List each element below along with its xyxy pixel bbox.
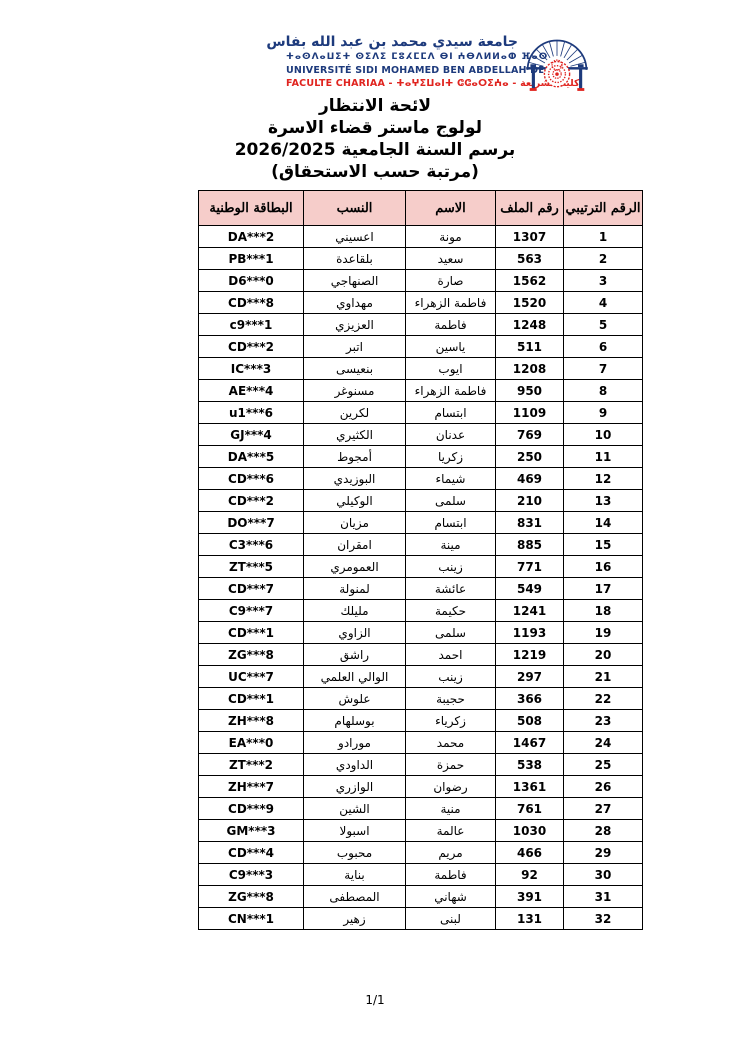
cell-name: شهاني (406, 886, 496, 908)
table-row: 32131لبنىزهيرCN***1 (199, 908, 643, 930)
table-row: 13210سلمىالوكيليCD***2 (199, 490, 643, 512)
table-body: 11307مونةاعسينيDA***22563سعيدبلقاعدةPB**… (199, 226, 643, 930)
cell-surname: مزيان (304, 512, 406, 534)
university-logo-icon (522, 33, 592, 97)
cell-rank: 29 (564, 842, 643, 864)
cell-rank: 8 (564, 380, 643, 402)
table-row: 41520فاطمة الزهراءمهداويCD***8 (199, 292, 643, 314)
cell-surname: اسبولا (304, 820, 406, 842)
cell-surname: امقران (304, 534, 406, 556)
title-line-2: لولوج ماستر قضاء الاسرة (0, 117, 750, 139)
cell-file: 1109 (496, 402, 564, 424)
cell-surname: لكرين (304, 402, 406, 424)
cell-file: 508 (496, 710, 564, 732)
cell-card: CD***6 (199, 468, 304, 490)
cell-name: زكريا (406, 446, 496, 468)
cell-surname: مسنوغر (304, 380, 406, 402)
cell-file: 1562 (496, 270, 564, 292)
cell-card: CD***1 (199, 688, 304, 710)
cell-rank: 14 (564, 512, 643, 534)
cell-name: فاطمة (406, 314, 496, 336)
cell-rank: 27 (564, 798, 643, 820)
cell-name: منية (406, 798, 496, 820)
cell-name: ياسين (406, 336, 496, 358)
cell-name: سلمى (406, 490, 496, 512)
column-header-surname: النسب (304, 191, 406, 226)
cell-file: 1248 (496, 314, 564, 336)
cell-file: 131 (496, 908, 564, 930)
cell-card: CD***1 (199, 622, 304, 644)
cell-card: AE***4 (199, 380, 304, 402)
cell-file: 250 (496, 446, 564, 468)
table-row: 25538حمزةالداوديZT***2 (199, 754, 643, 776)
cell-card: CD***4 (199, 842, 304, 864)
cell-card: D6***0 (199, 270, 304, 292)
cell-rank: 4 (564, 292, 643, 314)
column-header-national-id: البطاقة الوطنية (199, 191, 304, 226)
university-header: جامعة سيدي محمد بن عبد الله بفاس ⵜⴰⵙⴷⴰⵡⵉ… (286, 33, 592, 97)
cell-card: C3***6 (199, 534, 304, 556)
table-row: 261361رضوانالوازريZH***7 (199, 776, 643, 798)
cell-rank: 1 (564, 226, 643, 248)
cell-surname: الشين (304, 798, 406, 820)
cell-file: 1467 (496, 732, 564, 754)
cell-name: حمزة (406, 754, 496, 776)
cell-card: ZG***8 (199, 644, 304, 666)
cell-name: ابتسام (406, 512, 496, 534)
table-row: 16771زينبالعمومريZT***5 (199, 556, 643, 578)
cell-surname: اتبر (304, 336, 406, 358)
cell-file: 761 (496, 798, 564, 820)
university-header-text: جامعة سيدي محمد بن عبد الله بفاس ⵜⴰⵙⴷⴰⵡⵉ… (286, 33, 518, 91)
cell-rank: 7 (564, 358, 643, 380)
university-name-tifinagh: ⵜⴰⵙⴷⴰⵡⵉⵜ ⵙⵉⴷⵉ ⵎⵓⵃⵎⵎⴷ ⴱⵏ ⵄⴱⴷⵍⵍⴰⵀ ⴼⴰⵙ (286, 51, 518, 64)
cell-name: زينب (406, 556, 496, 578)
cell-surname: البوزيدي (304, 468, 406, 490)
cell-card: PB***1 (199, 248, 304, 270)
cell-card: DA***2 (199, 226, 304, 248)
cell-card: DA***5 (199, 446, 304, 468)
cell-name: مونة (406, 226, 496, 248)
cell-card: CD***2 (199, 336, 304, 358)
cell-surname: علوش (304, 688, 406, 710)
cell-card: CD***7 (199, 578, 304, 600)
cell-rank: 10 (564, 424, 643, 446)
cell-card: GM***3 (199, 820, 304, 842)
cell-card: ZH***8 (199, 710, 304, 732)
title-line-1: لائحة الانتظار (0, 95, 750, 117)
table-row: 281030عالمةاسبولاGM***3 (199, 820, 643, 842)
cell-card: ZH***7 (199, 776, 304, 798)
cell-surname: الوكيلي (304, 490, 406, 512)
table-row: 12469شيماءالبوزيديCD***6 (199, 468, 643, 490)
cell-surname: الصنهاجي (304, 270, 406, 292)
table-row: 15885مينةامقرانC3***6 (199, 534, 643, 556)
university-name-arabic: جامعة سيدي محمد بن عبد الله بفاس (286, 33, 518, 51)
cell-card: UC***7 (199, 666, 304, 688)
page-number: 1/1 (0, 993, 750, 1007)
cell-surname: الداودي (304, 754, 406, 776)
cell-surname: اعسيني (304, 226, 406, 248)
table-row: 27761منيةالشينCD***9 (199, 798, 643, 820)
cell-file: 297 (496, 666, 564, 688)
cell-file: 950 (496, 380, 564, 402)
cell-card: ZT***5 (199, 556, 304, 578)
cell-name: ابتسام (406, 402, 496, 424)
cell-name: عائشة (406, 578, 496, 600)
faculty-name-tifinagh: ⵜⴰⵖⵉⵡⴰⵏⵜ ⵛⵛⴰⵔⵉⵄⴰ - (396, 78, 516, 89)
cell-file: 1361 (496, 776, 564, 798)
cell-rank: 20 (564, 644, 643, 666)
table-row: 14831ابتساممزيانDO***7 (199, 512, 643, 534)
cell-name: مريم (406, 842, 496, 864)
title-line-4: (مرتبة حسب الاستحقاق) (0, 161, 750, 183)
cell-card: C9***3 (199, 864, 304, 886)
cell-card: u1***6 (199, 402, 304, 424)
cell-card: EA***0 (199, 732, 304, 754)
cell-rank: 25 (564, 754, 643, 776)
cell-name: حجيبة (406, 688, 496, 710)
cell-file: 466 (496, 842, 564, 864)
table-row: 71208ايوببنعيسىIC***3 (199, 358, 643, 380)
cell-card: ZG***8 (199, 886, 304, 908)
table-row: 31562صارةالصنهاجيD6***0 (199, 270, 643, 292)
cell-name: احمد (406, 644, 496, 666)
cell-name: شيماء (406, 468, 496, 490)
faculty-name-latin: FACULTE CHARIAA - (286, 78, 393, 89)
table-header-row: الرقم الترتيبي رقم الملف الاسم النسب الب… (199, 191, 643, 226)
cell-name: مينة (406, 534, 496, 556)
cell-file: 563 (496, 248, 564, 270)
cell-rank: 5 (564, 314, 643, 336)
cell-file: 1219 (496, 644, 564, 666)
cell-name: عدنان (406, 424, 496, 446)
cell-surname: مليلك (304, 600, 406, 622)
cell-file: 1030 (496, 820, 564, 842)
cell-rank: 2 (564, 248, 643, 270)
cell-rank: 17 (564, 578, 643, 600)
table-header: الرقم الترتيبي رقم الملف الاسم النسب الب… (199, 191, 643, 226)
cell-card: CD***8 (199, 292, 304, 314)
cell-rank: 30 (564, 864, 643, 886)
cell-surname: راشق (304, 644, 406, 666)
cell-surname: لمنولة (304, 578, 406, 600)
table-row: 201219احمدراشقZG***8 (199, 644, 643, 666)
cell-card: c9***1 (199, 314, 304, 336)
table-row: 29466مريممحبوبCD***4 (199, 842, 643, 864)
cell-surname: مهداوي (304, 292, 406, 314)
cell-file: 92 (496, 864, 564, 886)
cell-file: 469 (496, 468, 564, 490)
cell-file: 771 (496, 556, 564, 578)
cell-name: فاطمة الزهراء (406, 292, 496, 314)
cell-surname: بلقاعدة (304, 248, 406, 270)
cell-rank: 23 (564, 710, 643, 732)
faculty-line: FACULTE CHARIAA - ⵜⴰⵖⵉⵡⴰⵏⵜ ⵛⵛⴰⵔⵉⵄⴰ - كلي… (286, 77, 518, 91)
cell-file: 831 (496, 512, 564, 534)
cell-name: صارة (406, 270, 496, 292)
table-row: 8950فاطمة الزهراءمسنوغرAE***4 (199, 380, 643, 402)
document-title: لائحة الانتظار لولوج ماستر قضاء الاسرة ب… (0, 95, 750, 183)
cell-surname: بناية (304, 864, 406, 886)
cell-file: 538 (496, 754, 564, 776)
table-row: 11250زكرياأمجوطDA***5 (199, 446, 643, 468)
cell-surname: الوازري (304, 776, 406, 798)
cell-name: محمد (406, 732, 496, 754)
cell-name: سعيد (406, 248, 496, 270)
cell-file: 885 (496, 534, 564, 556)
table-row: 17549عائشةلمنولةCD***7 (199, 578, 643, 600)
cell-rank: 32 (564, 908, 643, 930)
cell-card: GJ***4 (199, 424, 304, 446)
cell-rank: 31 (564, 886, 643, 908)
title-line-3: برسم السنة الجامعية 2026/2025 (0, 139, 750, 161)
cell-surname: الوالي العلمي (304, 666, 406, 688)
cell-name: حكيمة (406, 600, 496, 622)
cell-name: زينب (406, 666, 496, 688)
table-row: 6511ياسيناتبرCD***2 (199, 336, 643, 358)
cell-name: سلمى (406, 622, 496, 644)
cell-file: 511 (496, 336, 564, 358)
cell-name: رضوان (406, 776, 496, 798)
column-header-first-name: الاسم (406, 191, 496, 226)
cell-file: 366 (496, 688, 564, 710)
cell-name: عالمة (406, 820, 496, 842)
cell-rank: 9 (564, 402, 643, 424)
cell-file: 1193 (496, 622, 564, 644)
cell-name: لبنى (406, 908, 496, 930)
table-row: 181241حكيمةمليلكC9***7 (199, 600, 643, 622)
cell-card: CD***9 (199, 798, 304, 820)
table-row: 22366حجيبةعلوشCD***1 (199, 688, 643, 710)
document-page: جامعة سيدي محمد بن عبد الله بفاس ⵜⴰⵙⴷⴰⵡⵉ… (0, 0, 750, 1061)
cell-file: 391 (496, 886, 564, 908)
cell-rank: 12 (564, 468, 643, 490)
cell-surname: أمجوط (304, 446, 406, 468)
table-row: 51248فاطمةالعزيزيc9***1 (199, 314, 643, 336)
table-row: 21297زينبالوالي العلميUC***7 (199, 666, 643, 688)
cell-rank: 18 (564, 600, 643, 622)
column-header-rank: الرقم الترتيبي (564, 191, 643, 226)
table-row: 191193سلمىالزاويCD***1 (199, 622, 643, 644)
column-header-file-number: رقم الملف (496, 191, 564, 226)
table-row: 31391شهانيالمصطفىZG***8 (199, 886, 643, 908)
cell-surname: الزاوي (304, 622, 406, 644)
cell-card: IC***3 (199, 358, 304, 380)
table-row: 11307مونةاعسينيDA***2 (199, 226, 643, 248)
cell-card: ZT***2 (199, 754, 304, 776)
cell-name: زكرياء (406, 710, 496, 732)
cell-file: 1520 (496, 292, 564, 314)
cell-rank: 24 (564, 732, 643, 754)
university-name-french: UNIVERSITÉ SIDI MOHAMED BEN ABDELLAH DE … (286, 64, 518, 77)
table-row: 23508زكرياءبوسلهامZH***8 (199, 710, 643, 732)
table-row: 241467محمدمورادوEA***0 (199, 732, 643, 754)
cell-file: 769 (496, 424, 564, 446)
cell-rank: 15 (564, 534, 643, 556)
cell-rank: 11 (564, 446, 643, 468)
cell-rank: 26 (564, 776, 643, 798)
cell-file: 1208 (496, 358, 564, 380)
cell-surname: بوسلهام (304, 710, 406, 732)
cell-name: فاطمة الزهراء (406, 380, 496, 402)
cell-card: CN***1 (199, 908, 304, 930)
cell-rank: 13 (564, 490, 643, 512)
table-row: 2563سعيدبلقاعدةPB***1 (199, 248, 643, 270)
cell-surname: زهير (304, 908, 406, 930)
table-row: 10769عدنانالكثيريGJ***4 (199, 424, 643, 446)
cell-rank: 3 (564, 270, 643, 292)
cell-file: 210 (496, 490, 564, 512)
cell-surname: مورادو (304, 732, 406, 754)
cell-surname: محبوب (304, 842, 406, 864)
cell-surname: بنعيسى (304, 358, 406, 380)
cell-file: 549 (496, 578, 564, 600)
cell-file: 1307 (496, 226, 564, 248)
cell-file: 1241 (496, 600, 564, 622)
cell-card: DO***7 (199, 512, 304, 534)
cell-card: C9***7 (199, 600, 304, 622)
cell-rank: 21 (564, 666, 643, 688)
cell-rank: 6 (564, 336, 643, 358)
cell-rank: 22 (564, 688, 643, 710)
cell-surname: العمومري (304, 556, 406, 578)
cell-name: فاطمة (406, 864, 496, 886)
waiting-list-table: الرقم الترتيبي رقم الملف الاسم النسب الب… (198, 190, 643, 930)
cell-surname: العزيزي (304, 314, 406, 336)
table-row: 91109ابتساملكرينu1***6 (199, 402, 643, 424)
cell-surname: المصطفى (304, 886, 406, 908)
cell-rank: 28 (564, 820, 643, 842)
cell-card: CD***2 (199, 490, 304, 512)
cell-name: ايوب (406, 358, 496, 380)
cell-rank: 19 (564, 622, 643, 644)
cell-rank: 16 (564, 556, 643, 578)
table-row: 3092فاطمةبنايةC9***3 (199, 864, 643, 886)
cell-surname: الكثيري (304, 424, 406, 446)
